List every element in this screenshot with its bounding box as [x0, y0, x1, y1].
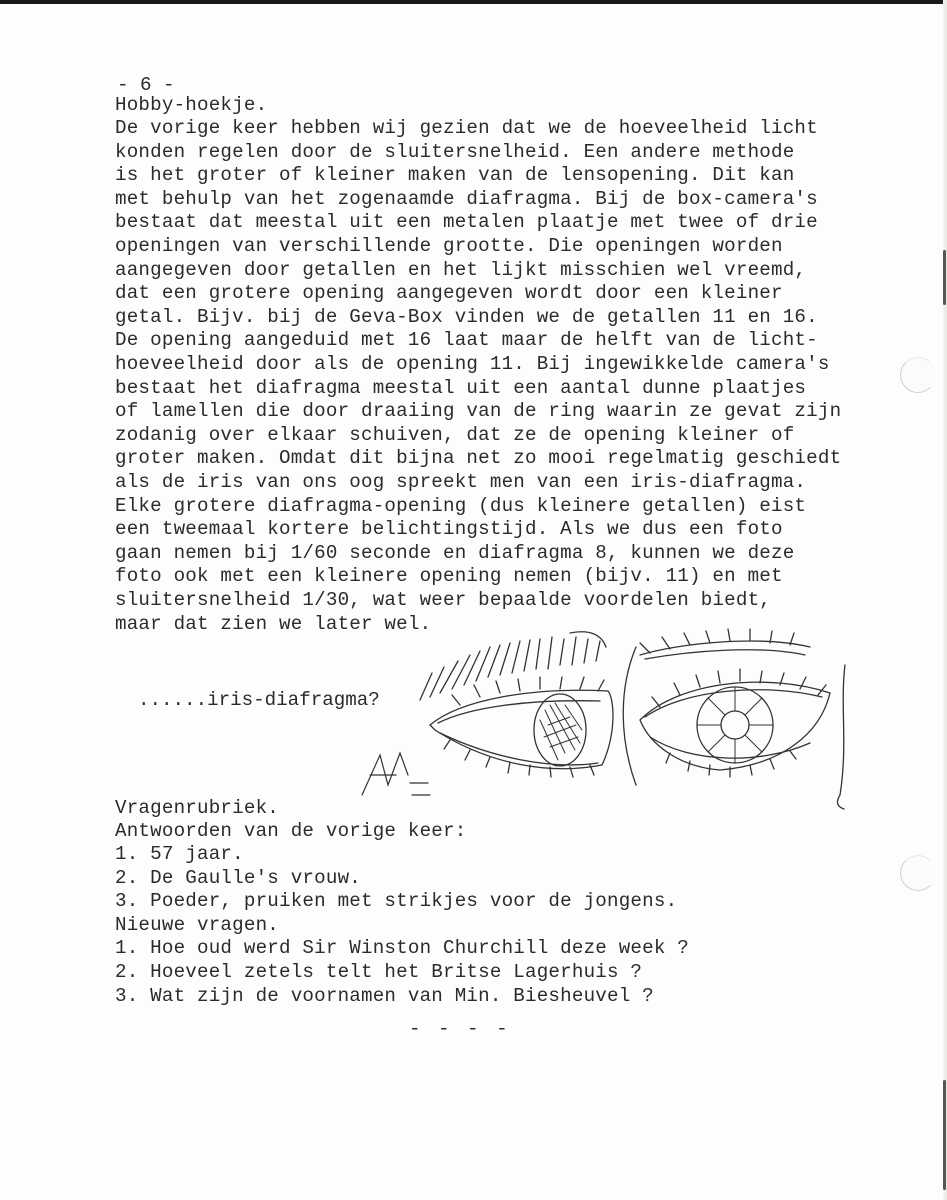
body-line: een tweemaal kortere belichtingstijd. Al…: [115, 518, 783, 541]
answer-item: 3. Poeder, pruiken met strikjes voor de …: [115, 890, 677, 913]
page-right-edge: [943, 0, 947, 1200]
question-item: 3. Wat zijn de voornamen van Min. Bieshe…: [115, 985, 654, 1008]
body-line: bestaat het diafragma meestal uit een aa…: [115, 377, 806, 400]
scanned-page: - 6 - Hobby-hoekje. De vorige keer hebbe…: [0, 0, 947, 1200]
question-item: 1. Hoe oud werd Sir Winston Churchill de…: [115, 937, 689, 960]
body-line: als de iris van ons oog spreekt men van …: [115, 471, 806, 494]
body-line: gaan nemen bij 1/60 seconde en diafragma…: [115, 542, 794, 565]
questions-heading: Nieuwe vragen.: [115, 914, 279, 937]
punch-hole: [900, 855, 936, 891]
body-line: bestaat dat meestal uit een metalen plaa…: [115, 211, 818, 234]
body-line: De vorige keer hebben wij gezien dat we …: [115, 117, 818, 140]
page-top-edge: [0, 0, 947, 4]
punch-hole: [900, 357, 936, 393]
question-item: 2. Hoeveel zetels telt het Britse Lagerh…: [115, 961, 642, 984]
body-line: Elke grotere diafragma-opening (dus klei…: [115, 495, 806, 518]
end-divider: - - - -: [409, 1018, 511, 1040]
body-line: openingen van verschillende grootte. Die…: [115, 235, 783, 258]
answer-item: 2. De Gaulle's vrouw.: [115, 867, 361, 890]
answer-item: 1. 57 jaar.: [115, 843, 244, 866]
section-title-questions: Vragenrubriek.: [115, 797, 279, 820]
eyes-drawing-icon: [340, 625, 870, 810]
body-line: sluitersnelheid 1/30, wat weer bepaalde …: [115, 589, 771, 612]
body-line: groter maken. Omdat dit bijna net zo moo…: [115, 447, 841, 470]
body-line: foto ook met een kleinere opening nemen …: [115, 565, 783, 588]
section-title-hobby: Hobby-hoekje.: [115, 94, 267, 117]
body-line: hoeveelheid door als de opening 11. Bij …: [115, 353, 830, 376]
binder-mark: [943, 250, 946, 305]
body-line: De opening aangeduid met 16 laat maar de…: [115, 329, 818, 352]
body-line: aangegeven door getallen en het lijkt mi…: [115, 259, 806, 282]
body-line: zodanig over elkaar schuiven, dat ze de …: [115, 424, 794, 447]
body-line: is het groter of kleiner maken van de le…: [115, 164, 794, 187]
body-line: konden regelen door de sluitersnelheid. …: [115, 141, 794, 164]
body-line: getal. Bijv. bij de Geva-Box vinden we d…: [115, 306, 818, 329]
page-number: - 6 -: [117, 74, 175, 96]
body-line: of lamellen die door draaiing van de rin…: [115, 400, 841, 423]
body-line: dat een grotere opening aangegeven wordt…: [115, 282, 783, 305]
binder-mark: [943, 1080, 946, 1190]
answers-heading: Antwoorden van de vorige keer:: [115, 820, 466, 843]
body-line: met behulp van het zogenaamde diafragma.…: [115, 188, 818, 211]
